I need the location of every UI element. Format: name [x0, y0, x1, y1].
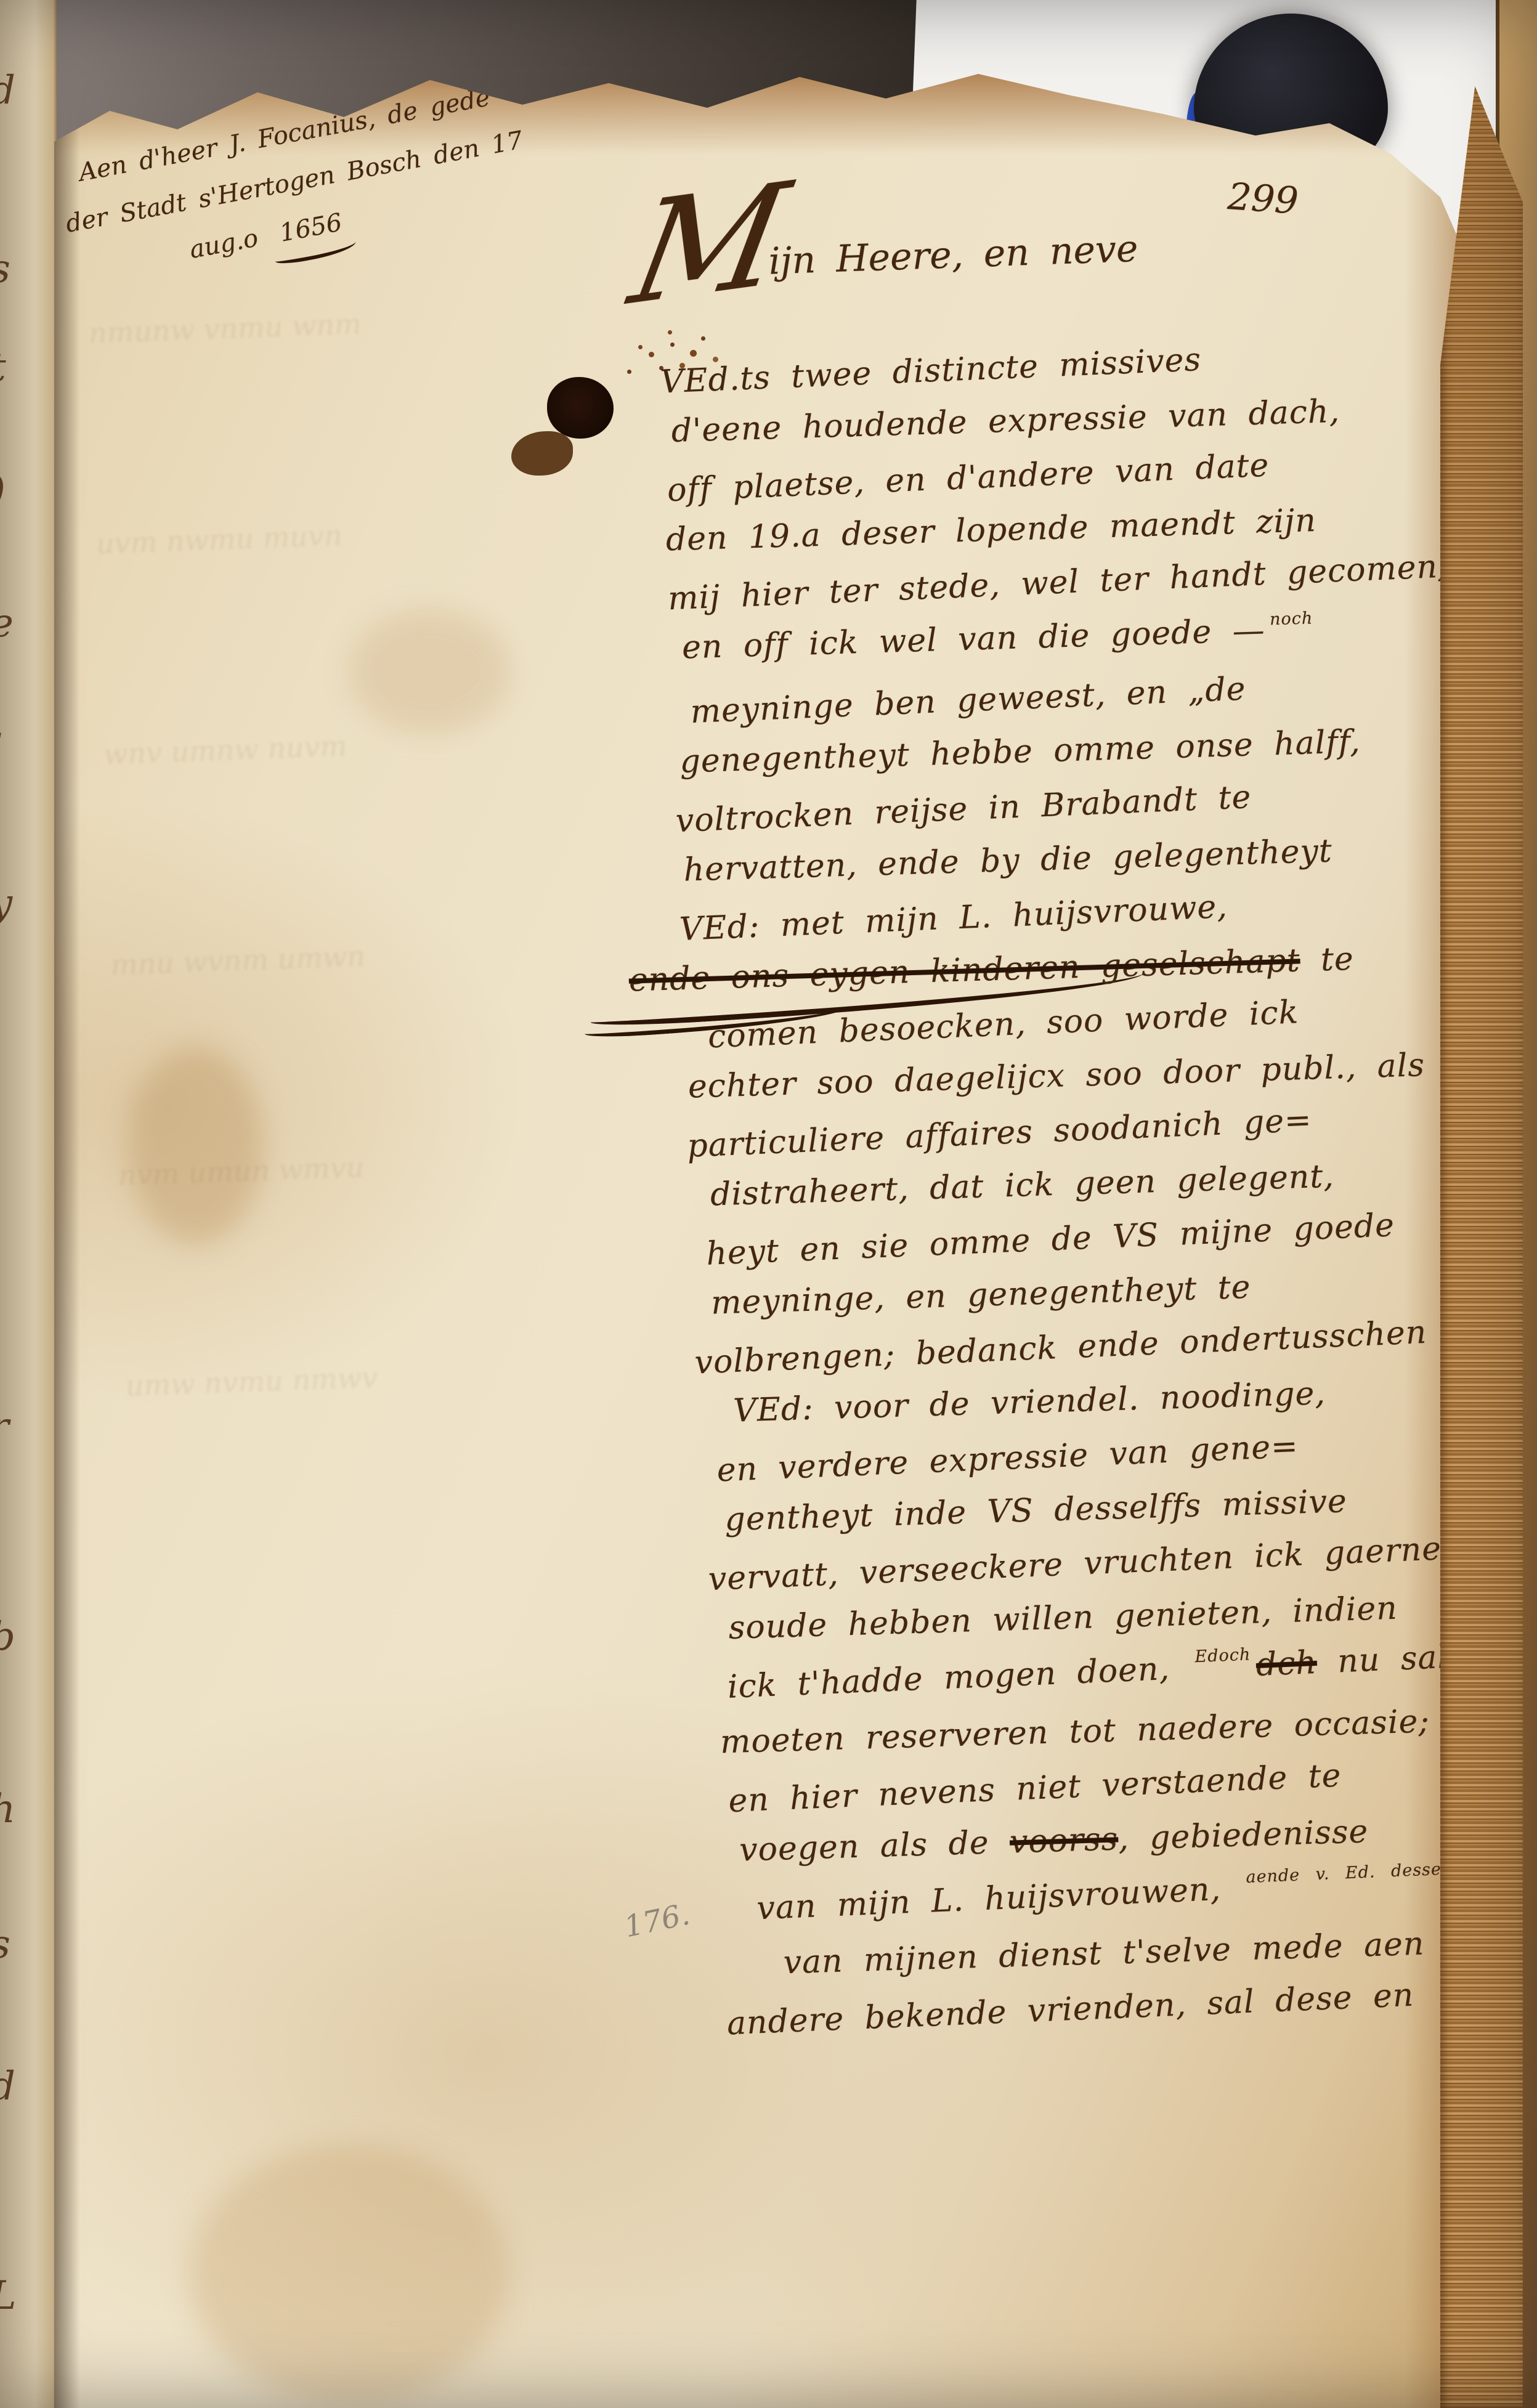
salutation-line: Mijn Heere, en neve	[635, 169, 1140, 309]
book-fore-edge	[1440, 86, 1523, 2408]
annotation-date-prefix: aug.o	[187, 222, 273, 264]
manuscript-segment-normal: en off ick wel van die goede —	[681, 612, 1265, 667]
previous-page-edge: dst)elyrbhsdL	[0, 0, 57, 2408]
photo-scene: dst)elyrbhsdL nmunw vnmu wnmuvm nwmu muv…	[0, 0, 1537, 2408]
manuscript-segment-normal: voegen als de	[739, 1824, 1010, 1869]
manuscript-segment-struck: voorss	[1009, 1820, 1119, 1860]
manuscript-segment-normal: nu sal	[1316, 1639, 1450, 1681]
manuscript-segment-normal: ick t'hadde mogen doen,	[727, 1650, 1191, 1706]
previous-page-ink-fragment: h	[0, 1786, 15, 1832]
archival-pencil-number: 176.	[621, 1897, 692, 1945]
previous-page-ink-fragment: d	[0, 68, 15, 113]
manuscript-page: nmunw vnmu wnmuvm nwmu muvnwnv umnw nuvm…	[54, 37, 1472, 2408]
previous-page-ink-fragment: l	[0, 727, 2, 772]
previous-page-ink-fragment: d	[0, 2064, 15, 2109]
showthrough-line: uvm nwmu muvn	[95, 498, 602, 572]
showthrough-line: umw nvmu nmwv	[124, 1340, 631, 1414]
showthrough-line: nmunw vnmu wnm	[87, 287, 594, 362]
salutation-text: ijn Heere, en neve	[768, 227, 1138, 283]
paper-stain	[190, 2144, 510, 2402]
gutter-shadow	[54, 37, 80, 2408]
previous-page-ink-fragment: s	[0, 1922, 10, 1968]
manuscript-segment-sup: noch	[1269, 591, 1314, 647]
ink-hole	[547, 377, 614, 439]
manuscript-segment-struck: dch	[1255, 1644, 1318, 1684]
manuscript-segment-sup: Edoch	[1194, 1628, 1252, 1684]
ink-speckles	[627, 370, 631, 374]
previous-page-ink-fragment: t	[0, 345, 6, 391]
showthrough-text: nmunw vnmu wnmuvm nwmu muvnwnv umnw nuvm…	[87, 287, 636, 1568]
manuscript-segment-normal: te	[1300, 941, 1355, 979]
previous-page-ink-fragment: r	[0, 1405, 9, 1450]
showthrough-line: nvm umun wmvu	[117, 1129, 624, 1204]
page-number: 299	[1227, 175, 1300, 223]
previous-page-ink-fragment: s	[0, 246, 10, 292]
letter-body: VEd.ts twee distincte missivesd'eene hou…	[659, 324, 1537, 2049]
previous-page-ink-fragment: )	[0, 468, 6, 514]
manuscript-segment-normal: van mijn L. huijsvrouwen,	[756, 1870, 1242, 1928]
previous-page-ink-fragment: L	[0, 2273, 17, 2319]
showthrough-line: wnv umnw nuvm	[102, 708, 609, 783]
manuscript-segment-normal: meyninge, en genegentheyt te	[710, 1269, 1251, 1322]
previous-page-ink-fragment: y	[0, 881, 12, 926]
showthrough-line: mnu wvnm umwn	[110, 919, 617, 994]
annotation-block: Aen d'heer J. Focanius, de gededer Stadt…	[53, 68, 541, 302]
previous-page-ink-fragment: e	[0, 601, 14, 646]
previous-page-ink-fragment: b	[0, 1614, 15, 1660]
